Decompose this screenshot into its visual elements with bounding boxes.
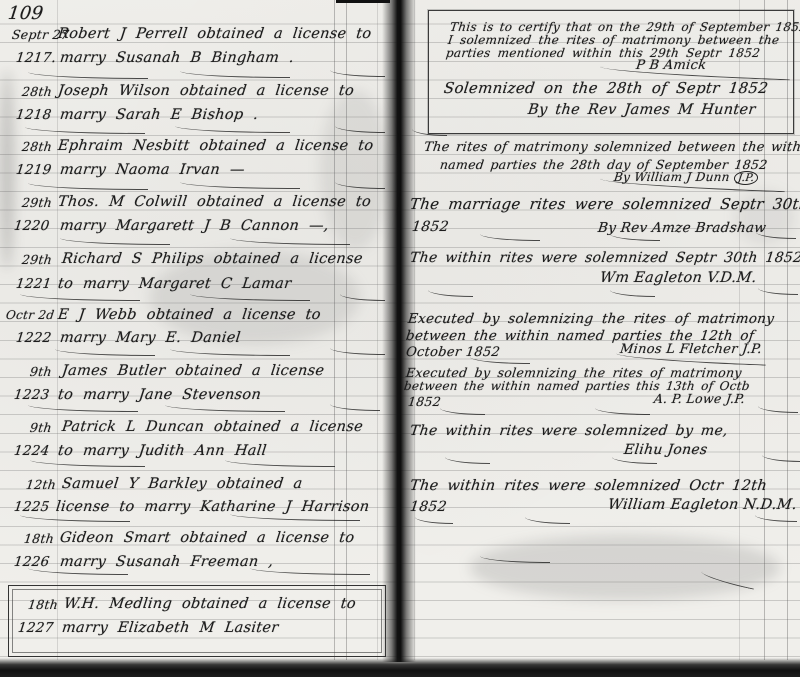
cert-line: The rites of matrimony solemnized betwee…	[424, 140, 800, 155]
entry-text-line2: to marry Margaret C Lamar	[58, 276, 291, 292]
cert-box-line: Solemnized on the 28th of Septr 1852	[444, 79, 768, 97]
entry-number: 1218	[16, 107, 52, 123]
scan-bottom-edge	[0, 658, 800, 677]
cert-line: 1852	[408, 394, 441, 409]
signature: William Eagleton N.D.M.	[608, 497, 797, 513]
column-rule-left-edge	[377, 0, 378, 660]
cert-line: 1852	[410, 499, 447, 515]
entry-date: 18th	[28, 597, 58, 612]
entry-number: 1219	[16, 162, 52, 178]
entry-text-line2: to marry Judith Ann Hall	[58, 443, 267, 459]
entry-text-line2: marry Naoma Irvan —	[60, 162, 245, 178]
entry-date: 9th	[30, 420, 52, 435]
entry-number: 1224	[14, 443, 50, 459]
cert-line: The within rites were solemnized Octr 12…	[410, 478, 767, 494]
entry-text-line2: marry Susanah B Bingham .	[60, 50, 294, 66]
entry-text-line1: Richard S Philips obtained a license	[62, 251, 363, 267]
entry-number: 1225	[14, 499, 50, 515]
entry-text-line1: Patrick L Duncan obtained a license	[62, 419, 363, 435]
signature: Elihu Jones	[624, 442, 708, 458]
entry-date: 29th	[22, 252, 52, 267]
entry-text-line2: license to marry Katharine J Harrison	[56, 499, 369, 515]
cert-line: Executed by solemnizing the rites of mat…	[408, 311, 774, 327]
cert-box-line: This is to certify that on the 29th of S…	[450, 20, 800, 34]
entry-number: 1222	[16, 330, 52, 346]
signature: Wm Eagleton V.D.M.	[600, 270, 757, 286]
entry-date: 9th	[30, 364, 52, 379]
cert-box-line: I solemnized the rites of matrimony betw…	[448, 33, 779, 47]
entry-date: Octr 2d	[6, 308, 54, 322]
entry-text-line2: marry Margarett J B Cannon —,	[60, 218, 329, 234]
ink-smudge	[320, 90, 390, 250]
entry-date: 28th	[22, 84, 52, 99]
signature: A. P. Lowe J.P.	[654, 391, 745, 406]
entry-number: 1220	[14, 218, 50, 234]
scan-top-edge	[336, 0, 390, 3]
cert-box-line: parties mentioned within this 29th Septr…	[446, 46, 760, 60]
column-rule-left-date	[57, 0, 58, 660]
entry-text-line1: Ephraim Nesbitt obtained a license to	[58, 138, 373, 154]
entry-number: 1227	[18, 620, 54, 636]
scanned-register-spread: 109 Septr 27 Robert J Perrell obtained a…	[0, 0, 800, 677]
entry-date: 29th	[22, 195, 52, 210]
entry-number: 1223	[14, 387, 50, 403]
entry-number: 1221	[16, 276, 52, 292]
page-number: 109	[8, 3, 43, 24]
entry-text-line2: marry Elizabeth M Lasiter	[62, 620, 279, 636]
cert-line: 1852	[412, 219, 449, 235]
entry-text-line1: W.H. Medling obtained a license to	[64, 596, 356, 612]
ink-smudge	[470, 535, 780, 600]
entry-text-line1: E J Webb obtained a license to	[58, 307, 321, 323]
signature: By the Rev James M Hunter	[528, 102, 756, 118]
entry-text-line1: Robert J Perrell obtained a license to	[58, 26, 371, 42]
entry-date: 18th	[24, 531, 54, 546]
cert-line: Executed by solemnizing the rites of mat…	[406, 365, 742, 380]
column-rule-left-margin-1	[334, 0, 335, 660]
entry-text-line1: Gideon Smart obtained a license to	[60, 530, 354, 546]
entry-text-line1: James Butler obtained a license	[62, 363, 324, 379]
entry-number: 1217.	[16, 50, 56, 66]
entry-text-line2: to marry Jane Stevenson	[58, 387, 261, 403]
entry-date: 12th	[26, 477, 56, 492]
cert-line: The within rites were solemnized Septr 3…	[410, 250, 800, 266]
entry-date: 28th	[22, 139, 52, 154]
entry-text-line1: Thos. M Colwill obtained a license to	[58, 194, 371, 210]
edge-shadow	[0, 70, 14, 270]
entry-text-line1: Joseph Wilson obtained a license to	[58, 83, 354, 99]
entry-text-line1: Samuel Y Barkley obtained a	[62, 476, 302, 492]
cert-line: The marriage rites were solemnized Septr…	[410, 195, 800, 213]
entry-text-line2: marry Sarah E Bishop .	[60, 107, 258, 123]
cert-line: The within rites were solemnized by me,	[410, 423, 728, 439]
entry-text-line2: marry Mary E. Daniel	[60, 330, 241, 346]
